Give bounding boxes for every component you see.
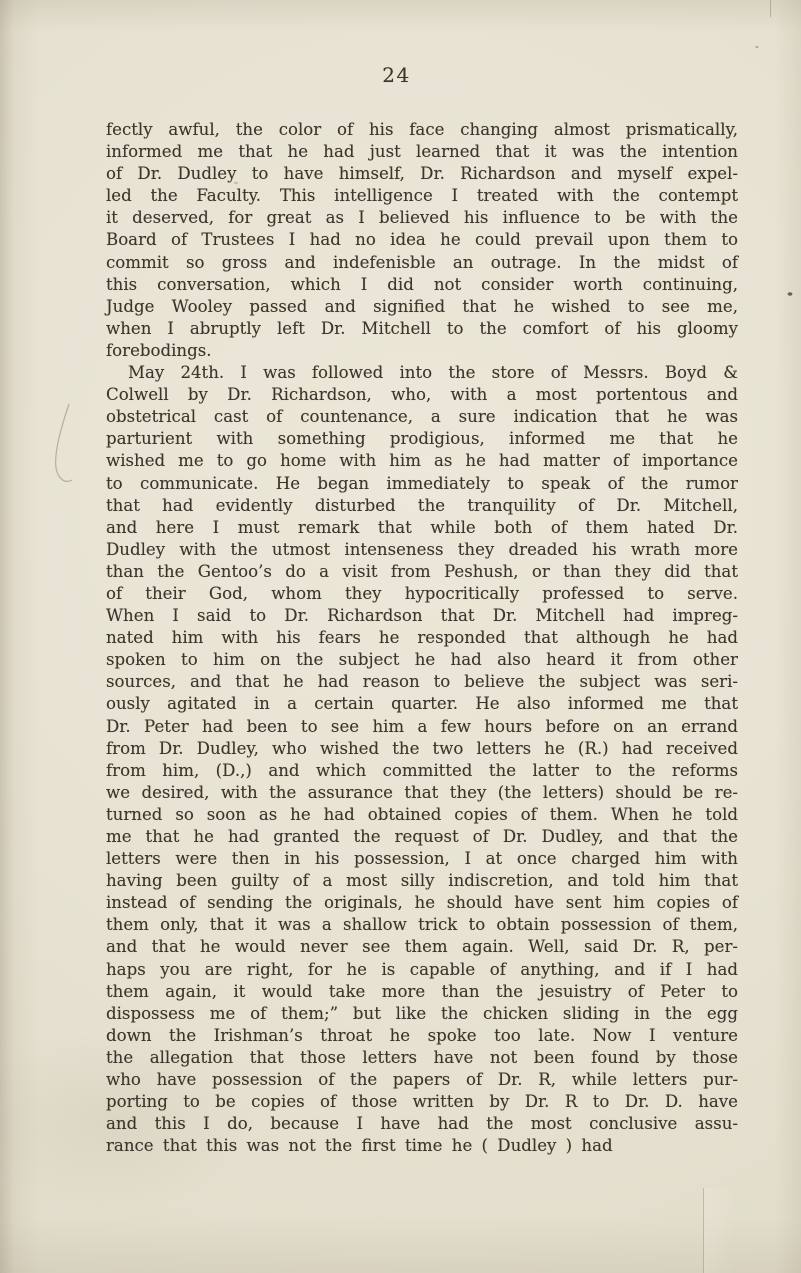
text-line: wished me to go home with him as he had …: [106, 450, 738, 472]
text-line: the allegation that those letters have n…: [106, 1047, 738, 1069]
page-text: fectly awful, the color of his face chan…: [106, 119, 738, 1157]
text-line: instead of sending the originals, he sho…: [106, 892, 738, 914]
text-line: and here I must remark that while both o…: [106, 517, 738, 539]
text-line: we desired, with the assurance that they…: [106, 782, 738, 804]
text-line: from him, (D.,) and which committed the …: [106, 760, 738, 782]
text-line: when I abruptly left Dr. Mitchell to the…: [106, 318, 738, 340]
text-line: parturient with something prodigious, in…: [106, 428, 738, 450]
hairline-artifact: [770, 0, 771, 17]
text-line: porting to be copies of those written by…: [106, 1091, 738, 1113]
text-line: me that he had granted the requəst of Dr…: [106, 826, 738, 848]
text-line: Dr. Peter had been to see him a few hour…: [106, 716, 738, 738]
text-line: them again, it would take more than the …: [106, 981, 738, 1003]
text-line: turned so soon as he had obtained copies…: [106, 804, 738, 826]
scanned-book-page: 24 fectly awful, the color of his face c…: [0, 0, 801, 1273]
text-line: nated him with his fears he responded th…: [106, 627, 738, 649]
text-line: Dudley with the utmost intenseness they …: [106, 539, 738, 561]
text-line: letters were then in his possession, I a…: [106, 848, 738, 870]
text-line: of Dr. Dudley to have himself, Dr. Richa…: [106, 163, 738, 185]
text-line: fectly awful, the color of his face chan…: [106, 119, 738, 141]
text-line: When I said to Dr. Richardson that Dr. M…: [106, 605, 738, 627]
text-line: informed me that he had just learned tha…: [106, 141, 738, 163]
text-line: to communicate. He began immediately to …: [106, 473, 738, 495]
text-line: rance that this was not the first time h…: [106, 1135, 738, 1157]
text-line: Board of Trustees I had no idea he could…: [106, 229, 738, 251]
text-line: ously agitated in a certain quarter. He …: [106, 693, 738, 715]
text-line: Judge Wooley passed and signified that h…: [106, 296, 738, 318]
text-line: and that he would never see them again. …: [106, 936, 738, 958]
text-line: Colwell by Dr. Richardson, who, with a m…: [106, 384, 738, 406]
text-line: spoken to him on the subject he had also…: [106, 649, 738, 671]
text-line: sources, and that he had reason to belie…: [106, 671, 738, 693]
text-line: them only, that it was a shallow trick t…: [106, 914, 738, 936]
dark-speck-artifact: [788, 292, 793, 296]
text-line: dispossess me of them;” but like the chi…: [106, 1003, 738, 1025]
text-line: down the Irishman’s throat he spoke too …: [106, 1025, 738, 1047]
page-number: 24: [0, 63, 801, 87]
text-line: having been guilty of a most silly indis…: [106, 870, 738, 892]
text-line: obstetrical cast of countenance, a sure …: [106, 406, 738, 428]
text-line: and this I do, because I have had the mo…: [106, 1113, 738, 1135]
text-line: forebodings.: [106, 340, 738, 362]
text-line: May 24th. I was followed into the store …: [106, 362, 738, 384]
text-line: led the Faculty. This intelligence I tre…: [106, 185, 738, 207]
text-line: haps you are right, for he is capable of…: [106, 959, 738, 981]
underlying-page-edge: [703, 1188, 764, 1273]
text-line: this conversation, which I did not consi…: [106, 274, 738, 296]
text-line: it deserved, for great as I believed his…: [106, 207, 738, 229]
text-line: that had evidently disturbed the tranqui…: [106, 495, 738, 517]
text-line: of their God, whom they hypocritically p…: [106, 583, 738, 605]
faint-speck-artifact: [756, 46, 759, 48]
text-line: than the Gentoo’s do a visit from Peshus…: [106, 561, 738, 583]
text-line: who have possession of the papers of Dr.…: [106, 1069, 738, 1091]
text-line: from Dr. Dudley, who wished the two lett…: [106, 738, 738, 760]
text-line: commit so gross and indefenisble an outr…: [106, 252, 738, 274]
